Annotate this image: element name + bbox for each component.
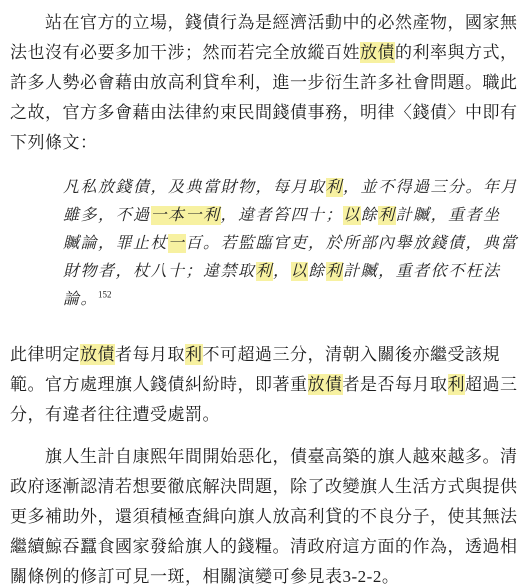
text-segment: 餘 (308, 263, 326, 280)
text-line: 財物者，杖八十；違禁取利，以餘利計贓，重者依不枉法 (63, 258, 518, 286)
text-line: 關條例的修訂可見一斑，相關演變可參見表3-2-2。 (10, 562, 518, 586)
text-segment: 旗人生計自康熙年間開始惡化，債臺高築的旗人越來越多。清 (45, 447, 518, 466)
text-segment: 。 (382, 567, 400, 586)
text-segment: 雖多，不過 (63, 207, 151, 224)
text-line: 雖多，不過一本一利，違者笞四十；以餘利計贓，重者坐 (63, 202, 518, 230)
text-segment: 財物者，杖八十；違禁取 (63, 263, 256, 280)
text-line: 旗人生計自康熙年間開始惡化，債臺高築的旗人越來越多。清 (10, 442, 518, 472)
highlighted-term: 利 (185, 344, 203, 365)
highlighted-term: 放債 (80, 344, 115, 365)
highlighted-term: 利 (256, 262, 274, 281)
text-line: 贓論，罪止杖一百。若監臨官吏，於所部內舉放錢債，典當 (63, 230, 518, 258)
highlighted-term: 一本一利 (151, 206, 221, 225)
text-segment: 計贓，重者依不枉法 (343, 263, 501, 280)
text-segment: 百。若監臨官吏，於所部內舉放錢債，典當 (186, 235, 519, 252)
highlighted-term: 利 (448, 374, 466, 395)
footnote-reference: 152 (98, 290, 112, 300)
text-segment: 餘 (361, 207, 379, 224)
text-segment: 計贓，重者坐 (396, 207, 501, 224)
highlighted-term: 放債 (308, 374, 343, 395)
text-segment: 更多補助外，還須積極查緝向旗人放高利貸的不良分子，使其無法 (10, 507, 518, 526)
text-segment: 不可超過三分，清朝入關後亦繼受該規 (203, 345, 501, 364)
paragraph-2: 此律明定放債者每月取利不可超過三分，清朝入關後亦繼受該規範。官方處理旗人錢債糾紛… (10, 340, 518, 430)
text-segment: 3-2-2 (343, 567, 382, 586)
text-segment: 下列條文： (10, 133, 98, 152)
text-segment: 的利率與方式， (395, 43, 518, 62)
text-line: 下列條文： (10, 128, 518, 158)
highlighted-term: 利 (326, 178, 344, 197)
text-line: 此律明定放債者每月取利不可超過三分，清朝入關後亦繼受該規 (10, 340, 518, 370)
text-line: 分，有違者往往遭受處罰。 (10, 400, 518, 430)
document-page: 站在官方的立場，錢債行為是經濟活動中的必然產物，國家無法也沒有必要多加干涉；然而… (0, 0, 528, 586)
text-segment: 關條例的修訂可見一斑，相關演變可參見表 (10, 567, 343, 586)
text-line: 論。152 (63, 286, 518, 314)
text-line: 繼續鯨吞蠶食國家發給旗人的錢糧。清政府這方面的作為，透過相 (10, 532, 518, 562)
text-segment: 政府逐漸認清若想要徹底解決問題，除了改變旗人生活方式與提供 (10, 477, 518, 496)
text-segment: 贓論，罪止杖 (63, 235, 168, 252)
quote-block: 凡私放錢債，及典當財物，每月取利，並不得過三分。年月雖多，不過一本一利，違者笞四… (63, 174, 518, 314)
text-line: 政府逐漸認清若想要徹底解決問題，除了改變旗人生活方式與提供 (10, 472, 518, 502)
text-segment: 站在官方的立場，錢債行為是經濟活動中的必然產物，國家無 (45, 13, 518, 32)
text-segment: ，違者笞四十； (221, 207, 344, 224)
text-line: 站在官方的立場，錢債行為是經濟活動中的必然產物，國家無 (10, 8, 518, 38)
paragraph-3: 旗人生計自康熙年間開始惡化，債臺高築的旗人越來越多。清政府逐漸認清若想要徹底解決… (10, 442, 518, 586)
highlighted-term: 利 (378, 206, 396, 225)
highlighted-term: 利 (326, 262, 344, 281)
text-segment: ，並不得過三分。年月 (343, 179, 518, 196)
highlighted-term: 放債 (360, 42, 395, 63)
text-segment: 之故，官方多會藉由法律約束民間錢債事務，明律〈錢債〉中即有 (10, 103, 518, 122)
text-line: 範。官方處理旗人錢債糾紛時，即著重放債者是否每月取利超過三 (10, 370, 518, 400)
text-segment: ， (273, 263, 291, 280)
paragraph-1: 站在官方的立場，錢債行為是經濟活動中的必然產物，國家無法也沒有必要多加干涉；然而… (10, 8, 518, 158)
text-segment: 此律明定 (10, 345, 80, 364)
text-segment: 法也沒有必要多加干涉；然而若完全放縱百姓 (10, 43, 360, 62)
text-segment: 許多人勢必會藉由放高利貸牟利，進一步衍生許多社會問題。職此 (10, 73, 518, 92)
text-segment: 繼續鯨吞蠶食國家發給旗人的錢糧。清政府這方面的作為，透過相 (10, 537, 518, 556)
text-segment: 者是否每月取 (343, 375, 448, 394)
text-segment: 範。官方處理旗人錢債糾紛時，即著重 (10, 375, 308, 394)
highlighted-term: 一 (168, 234, 186, 253)
text-segment: 超過三 (465, 375, 518, 394)
text-line: 凡私放錢債，及典當財物，每月取利，並不得過三分。年月 (63, 174, 518, 202)
text-line: 許多人勢必會藉由放高利貸牟利，進一步衍生許多社會問題。職此 (10, 68, 518, 98)
text-line: 法也沒有必要多加干涉；然而若完全放縱百姓放債的利率與方式， (10, 38, 518, 68)
text-segment: 凡私放錢債，及典當財物，每月取 (63, 179, 326, 196)
text-segment: 論。 (63, 291, 98, 308)
text-line: 更多補助外，還須積極查緝向旗人放高利貸的不良分子，使其無法 (10, 502, 518, 532)
highlighted-term: 以 (291, 262, 309, 281)
text-segment: 者每月取 (115, 345, 185, 364)
highlighted-term: 以 (343, 206, 361, 225)
text-line: 之故，官方多會藉由法律約束民間錢債事務，明律〈錢債〉中即有 (10, 98, 518, 128)
text-segment: 分，有違者往往遭受處罰。 (10, 405, 220, 424)
